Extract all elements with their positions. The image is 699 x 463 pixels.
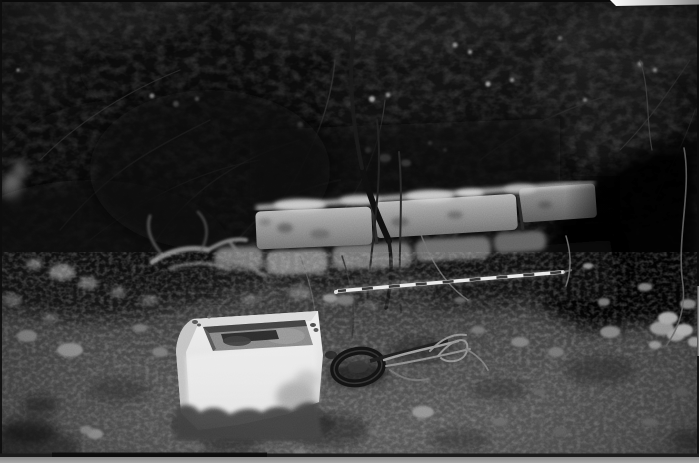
photo-canvas: Dark brush-covered bank above the wall bbox=[0, 0, 699, 463]
film-grain bbox=[0, 0, 699, 463]
photograph: Dark brush-covered bank above the wall bbox=[0, 0, 699, 463]
bottom-edge-strip bbox=[0, 457, 699, 463]
